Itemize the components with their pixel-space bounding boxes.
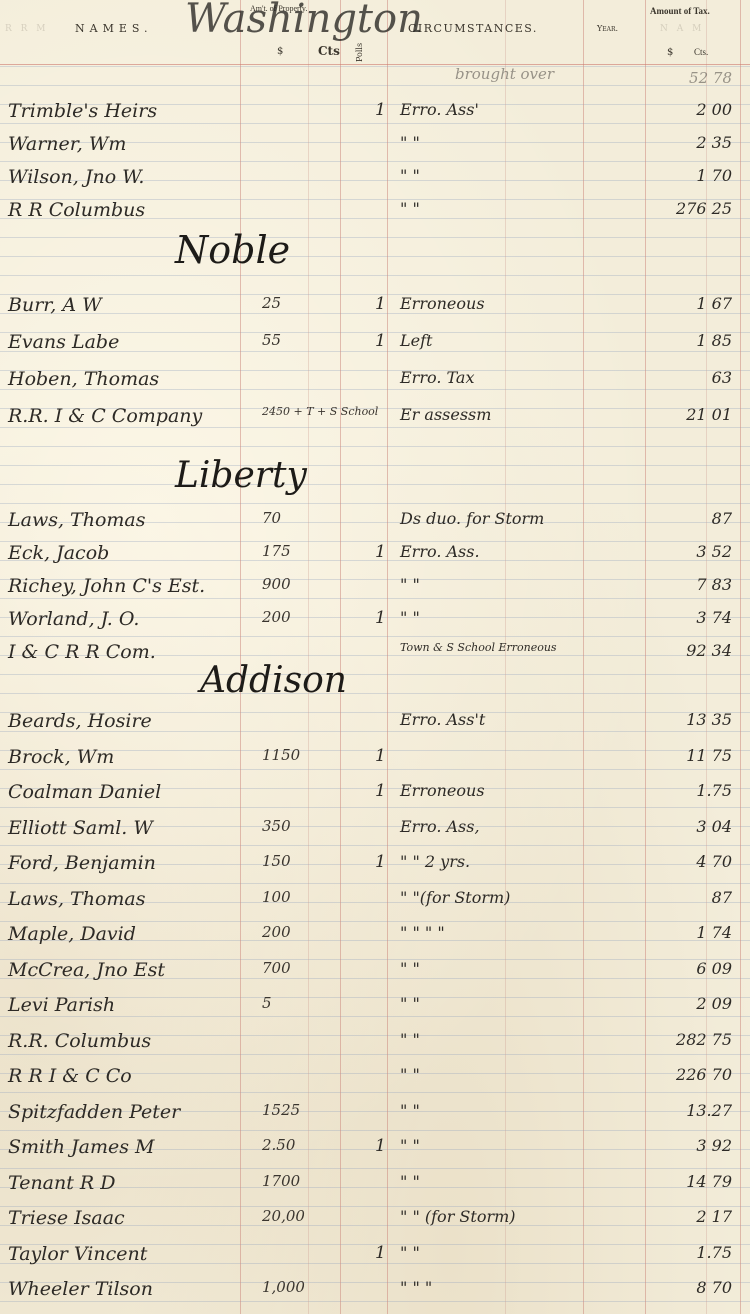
table-row: Burr, A W251Erroneous1 67 [0,288,750,326]
tax-amount: 3 04 [696,817,732,836]
circumstances-note: " "(for Storm) [400,888,510,907]
taxpayer-name: Spitzfadden Peter [8,1101,180,1123]
circumstances-note: " " [400,994,420,1013]
polls-count: 1 [375,746,386,766]
column-header-names: NAMES. [75,22,153,35]
property-amount: 70 [262,509,281,527]
polls-count: 1 [375,294,386,314]
tax-amount: 21 01 [686,405,732,424]
circumstances-note: Erro. Ass' [400,100,479,119]
taxpayer-name: Wilson, Jno W. [8,166,144,188]
tax-amount: 8 70 [696,1278,732,1297]
taxpayer-name: Evans Labe [8,331,119,353]
tax-amount: 63 [712,368,732,387]
tax-amount: 7 83 [696,575,732,594]
taxpayer-name: Triese Isaac [8,1207,125,1229]
circumstances-note: Ds duo. for Storm [400,509,544,528]
circumstances-note: " " [400,1243,420,1262]
table-row: R R I & C Co" "226 70 [0,1059,750,1097]
taxpayer-name: Laws, Thomas [8,888,145,910]
table-row: Smith James M2.501" "3 92 [0,1130,750,1168]
table-row: Elliott Saml. W350Erro. Ass,3 04 [0,811,750,849]
property-amount: 150 [262,852,291,870]
table-row: Taylor Vincent1" "1.75 [0,1237,750,1275]
property-amount: 1525 [262,1101,300,1119]
property-amount: 350 [262,817,291,835]
taxpayer-name: Eck, Jacob [8,542,109,564]
tax-amount: 226 70 [676,1065,732,1084]
circumstances-note: " " " [400,1278,432,1297]
tax-amount: 2 00 [696,100,732,119]
property-amount: 100 [262,888,291,906]
tax-amount: 1 74 [696,923,732,942]
tax-amount: 87 [712,509,732,528]
circumstances-note: " " [400,166,420,185]
polls-count: 1 [375,542,386,562]
taxpayer-name: Laws, Thomas [8,509,145,531]
table-row: Spitzfadden Peter1525" "13.27 [0,1095,750,1133]
property-amount: 700 [262,959,291,977]
circumstances-note: " " [400,1101,420,1120]
tax-amount: 87 [712,888,732,907]
circumstances-note: Erro. Ass. [400,542,480,561]
circumstances-note: " " [400,1065,420,1084]
table-row: R R Columbus" "276 25 [0,193,750,231]
township-heading-washington: Washington [185,0,423,42]
table-row: Maple, David200" " " "1 74 [0,917,750,955]
column-header-tax-cents: Cts. [694,47,708,57]
column-header-amount-of-tax: Amount of Tax. [650,6,710,16]
polls-count: 1 [375,781,386,801]
polls-count: 1 [375,608,386,628]
property-amount: 2450 + T + S School [262,405,378,418]
property-amount: 20,00 [262,1207,305,1225]
column-header-property-cents: Cts [318,44,340,58]
property-amount: 5 [262,994,272,1012]
header-rule [0,64,750,65]
taxpayer-name: Smith James M [8,1136,154,1158]
property-amount: 200 [262,608,291,626]
township-heading-liberty: Liberty [175,455,307,496]
circumstances-note: Left [400,331,432,350]
table-row: McCrea, Jno Est700" "6 09 [0,953,750,991]
property-amount: 2.50 [262,1136,295,1154]
tax-amount: 13.27 [686,1101,732,1120]
polls-count: 1 [375,100,386,120]
tax-amount: 3 92 [696,1136,732,1155]
table-row: Tenant R D1700" "14 79 [0,1166,750,1204]
property-amount: 1150 [262,746,300,764]
taxpayer-name: R R Columbus [8,199,145,221]
property-amount: 175 [262,542,291,560]
taxpayer-name: Brock, Wm [8,746,114,768]
column-header-year: Year. [597,24,618,33]
taxpayer-name: Tenant R D [8,1172,116,1194]
polls-count: 1 [375,852,386,872]
circumstances-note: Erroneous [400,294,485,313]
table-row: Triese Isaac20,00" " (for Storm)2 17 [0,1201,750,1239]
brought-over-amount: 52 78 [689,69,732,87]
tax-amount: 2 35 [696,133,732,152]
circumstances-note: " " (for Storm) [400,1207,516,1226]
tax-amount: 282 75 [676,1030,732,1049]
column-header-polls: Polls [355,43,364,62]
tax-amount: 11 75 [686,746,732,765]
property-amount: 1,000 [262,1278,305,1296]
tax-amount: 1 85 [696,331,732,350]
taxpayer-name: Warner, Wm [8,133,126,155]
table-row: Ford, Benjamin1501" " 2 yrs.4 70 [0,846,750,884]
circumstances-note: Erroneous [400,781,485,800]
table-row: R.R. Columbus" "282 75 [0,1024,750,1062]
table-row: Laws, Thomas100" "(for Storm)87 [0,882,750,920]
circumstances-note: " " [400,959,420,978]
polls-count: 1 [375,331,386,351]
circumstances-note: Erro. Tax [400,368,475,387]
circumstances-note: " " [400,1136,420,1155]
township-heading-noble: Noble [175,228,290,272]
taxpayer-name: I & C R R Com. [8,641,156,663]
circumstances-note: " " [400,1172,420,1191]
circumstances-note: Erro. Ass, [400,817,480,836]
taxpayer-name: Richey, John C's Est. [8,575,205,597]
circumstances-note: " " [400,199,420,218]
circumstances-note: Erro. Ass't [400,710,485,729]
taxpayer-name: McCrea, Jno Est [8,959,165,981]
column-header-property-dollars: $ [277,46,283,57]
taxpayer-name: Hoben, Thomas [8,368,159,390]
taxpayer-name: Levi Parish [8,994,115,1016]
circumstances-note: " " [400,1030,420,1049]
property-amount: 25 [262,294,281,312]
bleed-through-text: R R M [5,24,49,34]
tax-amount: 92 34 [686,641,732,660]
property-amount: 55 [262,331,281,349]
tax-amount: 2 09 [696,994,732,1013]
table-row: Beards, HosireErro. Ass't13 35 [0,704,750,742]
circumstances-note: " " 2 yrs. [400,852,470,871]
taxpayer-name: Burr, A W [8,294,102,316]
table-row: Levi Parish5" "2 09 [0,988,750,1026]
property-amount: 200 [262,923,291,941]
circumstances-note: " " [400,133,420,152]
tax-amount: 3 52 [696,542,732,561]
table-row: Coalman Daniel1Erroneous1.75 [0,775,750,813]
column-header-tax-dollars: $ [667,47,673,58]
property-amount: 1700 [262,1172,300,1190]
tax-amount: 3 74 [696,608,732,627]
taxpayer-name: Worland, J. O. [8,608,139,630]
property-amount: 900 [262,575,291,593]
circumstances-note: " " [400,575,420,594]
tax-amount: 1 70 [696,166,732,185]
taxpayer-name: Elliott Saml. W [8,817,153,839]
taxpayer-name: Coalman Daniel [8,781,161,803]
circumstances-note: " " [400,608,420,627]
tax-amount: 276 25 [676,199,732,218]
tax-amount: 4 70 [696,852,732,871]
taxpayer-name: R.R. I & C Company [8,405,202,427]
taxpayer-name: Ford, Benjamin [8,852,156,874]
taxpayer-name: R R I & C Co [8,1065,132,1087]
circumstances-note: Town & S School Erroneous [400,641,557,654]
table-row: Wheeler Tilson1,000" " "8 70 [0,1272,750,1310]
tax-amount: 2 17 [696,1207,732,1226]
taxpayer-name: Maple, David [8,923,136,945]
table-row: I & C R R Com.Town & S School Erroneous9… [0,635,750,673]
polls-count: 1 [375,1243,386,1263]
taxpayer-name: Trimble's Heirs [8,100,157,122]
tax-amount: 1.75 [696,1243,732,1262]
brought-over-label: brought over [455,65,554,83]
taxpayer-name: R.R. Columbus [8,1030,151,1052]
tax-amount: 1 67 [696,294,732,313]
table-row: Brock, Wm1150111 75 [0,740,750,778]
tax-amount: 14 79 [686,1172,732,1191]
column-header-circumstances: CIRCUMSTANCES. [408,22,538,35]
table-row: Hoben, ThomasErro. Tax63 [0,362,750,400]
table-row: Evans Labe551Left1 85 [0,325,750,363]
polls-count: 1 [375,1136,386,1156]
circumstances-note: " " " " [400,923,445,942]
bleed-through-text: N A M [660,24,704,34]
circumstances-note: Er assessm [400,405,491,424]
tax-amount: 1.75 [696,781,732,800]
table-row: R.R. I & C Company2450 + T + S SchoolEr … [0,399,750,437]
tax-amount: 6 09 [696,959,732,978]
tax-amount: 13 35 [686,710,732,729]
taxpayer-name: Beards, Hosire [8,710,152,732]
taxpayer-name: Wheeler Tilson [8,1278,153,1300]
taxpayer-name: Taylor Vincent [8,1243,147,1265]
